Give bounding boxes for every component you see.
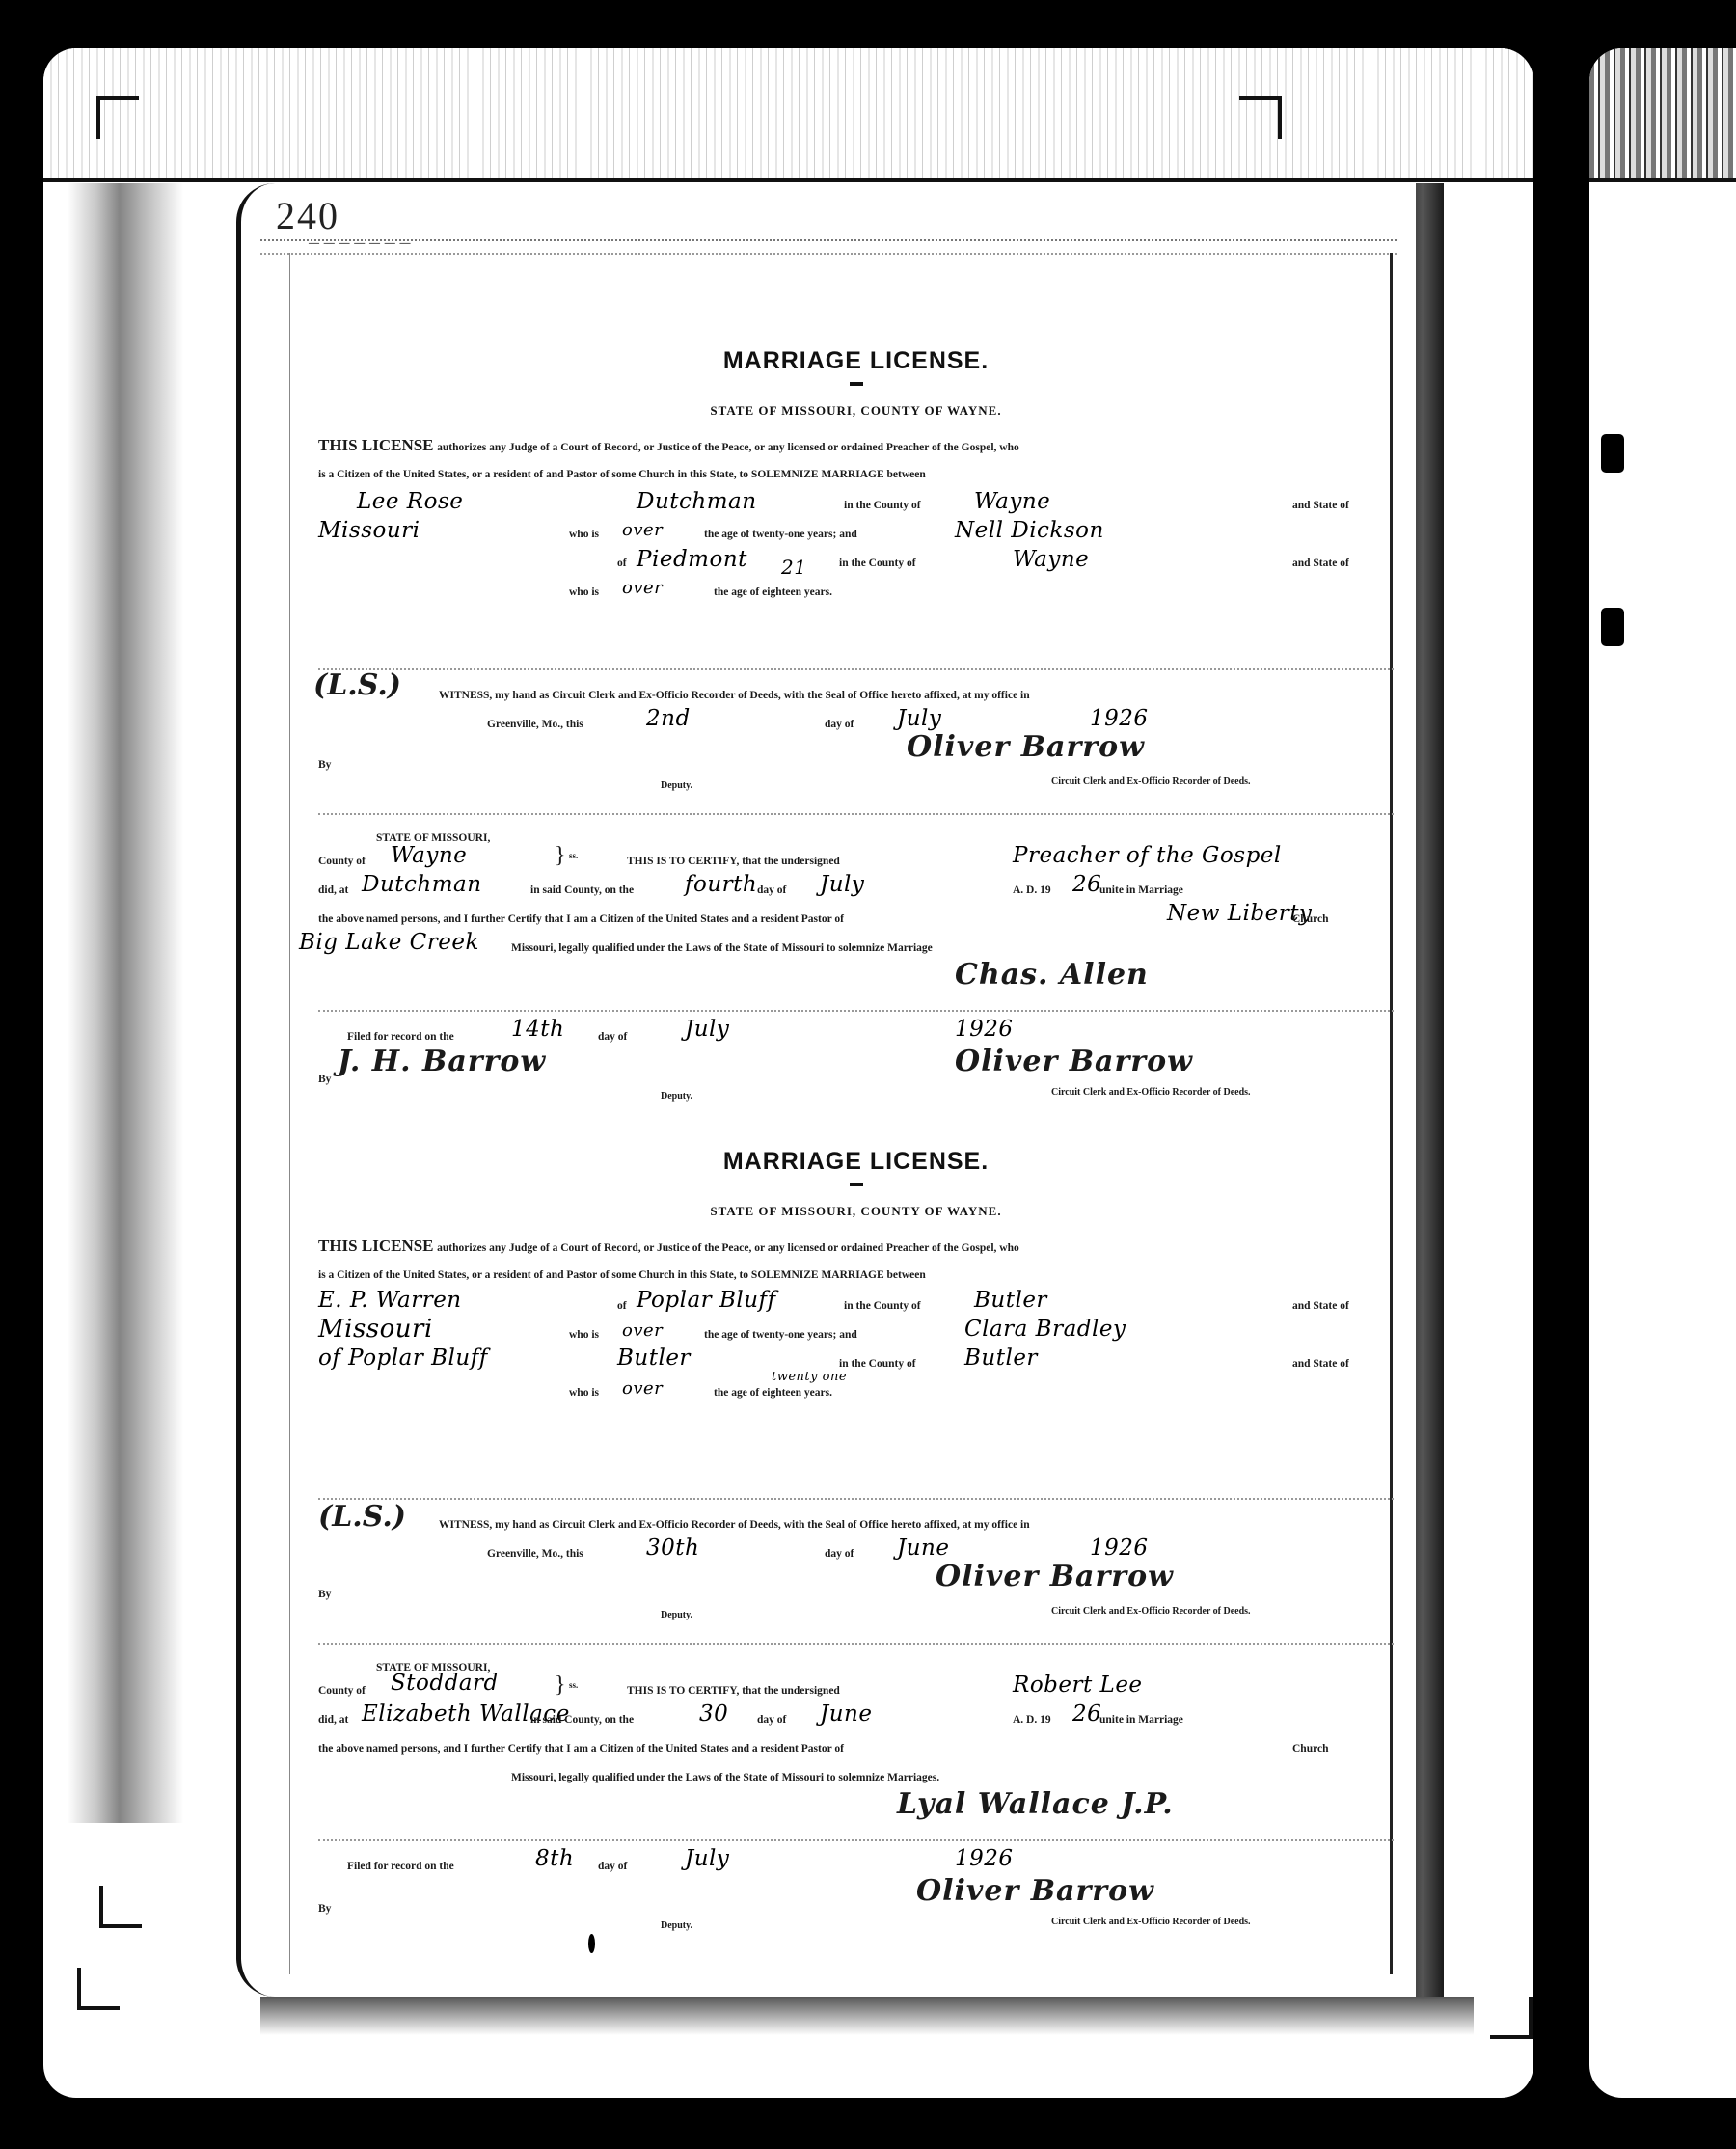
bride-residence: Piedmont: [637, 546, 747, 573]
deputy-label: Deputy.: [661, 773, 692, 800]
bride-residence-2: Butler: [617, 1345, 691, 1372]
filed-clerk-signature: Oliver Barrow: [955, 1048, 1193, 1075]
solemnize-label: SOLEMNIZE MARRIAGE: [751, 469, 884, 480]
groom-line: E. P. Warren of Poplar Bluff in the Coun…: [318, 1291, 1394, 1319]
state-label: and State of: [1292, 492, 1349, 519]
crop-mark-bottom-left-outer: [77, 1968, 120, 2010]
cert-county: Stoddard: [391, 1670, 499, 1697]
groom-county: Wayne: [974, 488, 1050, 515]
clerk-title: Circuit Clerk and Ex-Officio Recorder of…: [1051, 769, 1251, 796]
adjacent-page: [1589, 48, 1736, 2098]
county-label: in the County of: [844, 492, 921, 519]
witness-day: 30th: [646, 1535, 699, 1562]
filed-day: 14th: [511, 1016, 564, 1043]
cert-qualified-line: Missouri, legally qualified under the La…: [318, 1762, 1394, 1791]
witness-month: July: [897, 705, 941, 732]
cert-month: June: [820, 1700, 872, 1727]
groom-name: Lee Rose: [357, 488, 463, 515]
cert-qualified-line: Big Lake Creek Missouri, legally qualifi…: [318, 933, 1394, 962]
bride-county: Butler: [964, 1345, 1038, 1372]
groom-line: Lee Rose Dutchman in the County of Wayne…: [318, 490, 1394, 519]
cert-day: fourth: [685, 871, 757, 898]
marriage-license-1: MARRIAGE LICENSE. STATE OF MISSOURI, COU…: [318, 347, 1394, 1112]
bride-residence-line: of Piedmont 21 in the County of Wayne an…: [318, 548, 1394, 577]
filed-year: 1926: [955, 1845, 1014, 1872]
cert-place: Dutchman: [362, 871, 482, 898]
age-label-groom: the age of twenty-one years; and: [704, 521, 857, 548]
bride-age: over: [622, 575, 663, 602]
cert-year: 26: [1072, 871, 1101, 898]
groom-state: Missouri: [318, 517, 420, 544]
top-margin-band: [43, 48, 1533, 182]
page-number: 240: [276, 193, 339, 238]
officiant-signature: Chas. Allen: [955, 962, 1149, 989]
filed-line: Filed for record on the 8th day of July …: [318, 1851, 1394, 1880]
groom-state-line: Missouri who is over the age of twenty-o…: [318, 519, 1394, 548]
age-label-bride: the age of eighteen years.: [714, 579, 832, 606]
groom-age: over: [622, 517, 663, 544]
officiant-signature: Lyal Wallace J.P.: [897, 1791, 1174, 1818]
bride-county: Wayne: [1013, 546, 1089, 573]
license-subtitle: STATE OF MISSOURI, COUNTY OF WAYNE.: [318, 1198, 1394, 1225]
cert-day: 30: [699, 1700, 728, 1727]
deputy-signature: J. H. Barrow: [338, 1048, 546, 1075]
bride-name: Clara Bradley: [964, 1316, 1126, 1343]
seal-mark: (L.S.): [318, 1504, 406, 1531]
witness-date-line: Greenville, Mo., this 2nd day of July 19…: [318, 709, 1394, 738]
intro-bold: THIS LICENSE: [318, 1237, 434, 1255]
scanned-page: 240 — — — — — — — MARRIAGE LICENSE. STAT…: [43, 48, 1533, 2098]
cert-county: Wayne: [391, 842, 467, 869]
groom-residence: Poplar Bluff: [637, 1287, 776, 1314]
marriage-license-2: MARRIAGE LICENSE. STATE OF MISSOURI, COU…: [318, 1148, 1394, 1942]
groom-residence: Dutchman: [637, 488, 757, 515]
binding-hole: [1601, 608, 1624, 646]
seal-mark: (L.S.): [313, 672, 401, 699]
by-label: By: [318, 751, 331, 778]
license-title: MARRIAGE LICENSE.: [318, 347, 1394, 374]
license-subtitle: STATE OF MISSOURI, COUNTY OF WAYNE.: [318, 397, 1394, 424]
ink-blot: [588, 1934, 595, 1953]
crop-mark-bottom-left: [99, 1886, 142, 1928]
clerk-signature: Oliver Barrow: [907, 734, 1145, 761]
bride-name: Nell Dickson: [955, 517, 1104, 544]
filed-day: 8th: [535, 1845, 574, 1872]
witness-place: Greenville, Mo., this: [487, 711, 583, 738]
crop-mark-top-left: [96, 96, 139, 139]
binding-hole: [1601, 434, 1624, 473]
crop-mark-top-right: [1239, 96, 1282, 139]
witness-month: June: [897, 1535, 949, 1562]
filed-clerk-signature: Oliver Barrow: [916, 1878, 1154, 1905]
intro-bold: THIS LICENSE: [318, 436, 434, 454]
church-location: Big Lake Creek: [299, 929, 479, 956]
witness-year: 1926: [1090, 1535, 1149, 1562]
license-title: MARRIAGE LICENSE.: [318, 1148, 1394, 1175]
witness-day: 2nd: [646, 705, 691, 732]
witness-date-line: Greenville, Mo., this 30th day of June 1…: [318, 1538, 1394, 1567]
binding-shadow: [68, 183, 183, 1823]
crop-mark-bottom-right: [1490, 1997, 1533, 2039]
groom-name: E. P. Warren: [318, 1287, 462, 1314]
form-reference: — — — — — — —: [309, 237, 412, 249]
ledger-page: 240 — — — — — — — MARRIAGE LICENSE. STAT…: [236, 183, 1416, 1997]
bride-age-line: who is over the age of eighteen years.: [318, 577, 1394, 606]
intro-text-2: is a Citizen of the United States, or a …: [318, 1269, 748, 1281]
bride-age: over: [622, 1375, 663, 1402]
intro-text: authorizes any Judge of a Court of Recor…: [437, 442, 1019, 453]
church-name: New Liberty: [1167, 900, 1312, 927]
intro-text-2: is a Citizen of the United States, or a …: [318, 469, 748, 480]
officiant-title: Preacher of the Gospel: [1013, 842, 1282, 869]
officiant-title: Robert Lee: [1013, 1672, 1143, 1699]
cert-place-line: did, at Elizabeth Wallace in said County…: [318, 1704, 1394, 1733]
groom-age: over: [622, 1318, 663, 1345]
clerk-signature: Oliver Barrow: [936, 1564, 1174, 1591]
witness-line: (L.S.) WITNESS, my hand as Circuit Clerk…: [318, 1510, 1394, 1538]
bride-age-line: twenty one who is over the age of eighte…: [318, 1377, 1394, 1406]
who-is-label: who is: [569, 521, 599, 548]
groom-state: Missouri: [318, 1316, 433, 1343]
filed-month: July: [685, 1845, 729, 1872]
cert-month: July: [820, 871, 864, 898]
bride-residence: of Poplar Bluff: [318, 1345, 488, 1372]
filed-year: 1926: [955, 1016, 1014, 1043]
between-label: between: [887, 469, 926, 480]
witness-line: (L.S.) WITNESS, my hand as Circuit Clerk…: [318, 680, 1394, 709]
cert-church-line: the above named persons, and I further C…: [318, 1733, 1394, 1762]
cert-year: 26: [1072, 1700, 1101, 1727]
cert-church-line: the above named persons, and I further C…: [318, 904, 1394, 933]
bride-residence-line: of Poplar Bluff Butler in the County of …: [318, 1348, 1394, 1377]
witness-year: 1926: [1090, 705, 1149, 732]
groom-county: Butler: [974, 1287, 1047, 1314]
filed-month: July: [685, 1016, 729, 1043]
intro-text: authorizes any Judge of a Court of Recor…: [437, 1242, 1019, 1254]
